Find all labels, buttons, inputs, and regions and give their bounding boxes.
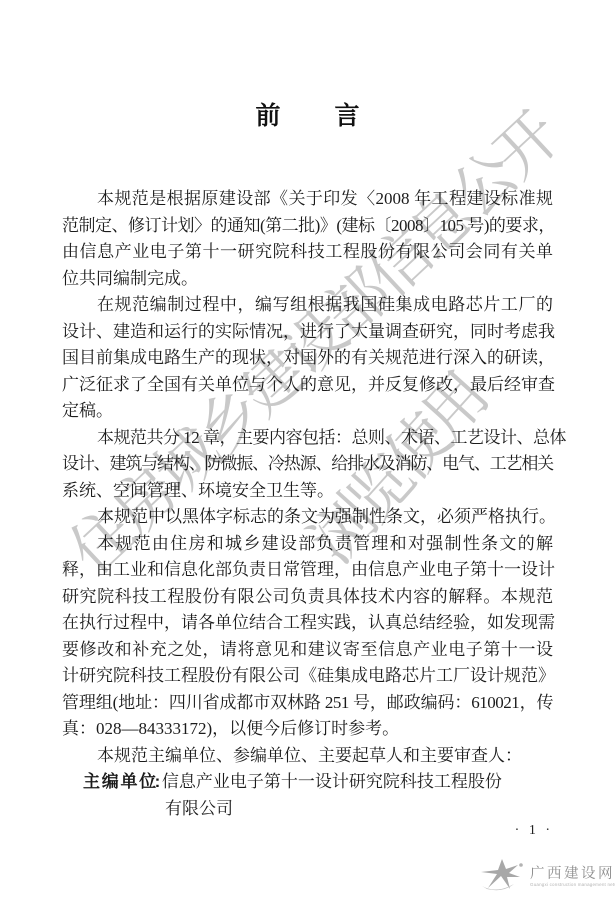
- body-line: 本规范是根据原建设部《关于印发〈2008 年工程建设标准规: [62, 186, 553, 213]
- body-line: 计研究院科技工程股份有限公司《硅集成电路芯片工厂设计规范》: [62, 663, 553, 690]
- body-line: 本规范中以黑体字标志的条文为强制性条文，必须严格执行。: [62, 504, 553, 531]
- footer-logo: 广西建设网 Guangxi construction management ne…: [476, 858, 615, 896]
- body-line: 设计、建筑与结构、防微振、冷热源、给排水及消防、电气、工艺相关: [62, 451, 553, 478]
- body-line: 在执行过程中，请各单位结合工程实践，认真总结经验，如发现需: [62, 610, 553, 637]
- body-line: 广泛征求了全国有关单位与个人的意见，并反复修改，最后经审查: [62, 372, 553, 399]
- document-page: 住房城乡建设部信息公开 浏览使用 前 言 本规范是根据原建设部《关于印发〈200…: [0, 0, 615, 898]
- body-line: 释，由工业和信息化部负责日常管理，由信息产业电子第十一设计: [62, 557, 553, 584]
- body-line: 要修改和补充之处，请将意见和建议寄至信息产业电子第十一设: [62, 637, 553, 664]
- logo-site-name: 广西建设网: [530, 866, 615, 882]
- body-line: 由信息产业电子第十一研究院科技工程股份有限公司会同有关单: [62, 239, 553, 266]
- body-line: 范制定、修订计划〉的通知(第二批)》(建标〔2008〕105 号)的要求，: [62, 213, 553, 240]
- logo-text-block: 广西建设网 Guangxi construction management ne…: [530, 866, 615, 888]
- body-line: 真：028—84333172)，以便今后修订时参考。: [62, 716, 553, 743]
- body-line: 本规范主编单位、参编单位、主要起草人和主要审查人：: [62, 743, 553, 770]
- logo-tagline: Guangxi construction management network …: [530, 882, 615, 888]
- body-line: 本规范共分 12 章，主要内容包括：总则、术语、工艺设计、总体: [62, 425, 553, 452]
- body-line: 系统、空间管理、环境安全卫生等。: [62, 478, 553, 505]
- title-char-2: 言: [335, 101, 360, 131]
- body-line: 在规范编制过程中，编写组根据我国硅集成电路芯片工厂的: [62, 292, 553, 319]
- body-line: 位共同编制完成。: [62, 266, 553, 293]
- body-line: 定稿。: [62, 398, 553, 425]
- body-line: 研究院科技工程股份有限公司负责具体技术内容的解释。本规范: [62, 584, 553, 611]
- logo-star-icon: [476, 858, 528, 897]
- title-char-1: 前: [255, 101, 280, 131]
- body-line: 管理组(地址：四川省成都市双林路 251 号，邮政编码：610021，传: [62, 690, 553, 717]
- preface-body: 本规范是根据原建设部《关于印发〈2008 年工程建设标准规 范制定、修订计划〉的…: [62, 186, 553, 822]
- chief-editor-line: 主 编 单 位:信息产业电子第十一设计研究院科技工程股份: [62, 769, 553, 796]
- body-line: 国目前集成电路生产的现状，对国外的有关规范进行深入的研读，: [62, 345, 553, 372]
- chief-editor-label: 主 编 单 位:: [83, 772, 159, 791]
- body-line: 本规范由住房和城乡建设部负责管理和对强制性条文的解: [62, 531, 553, 558]
- body-line: 设计、建造和运行的实际情况，进行了大量调查研究，同时考虑我: [62, 319, 553, 346]
- chief-editor-value: 信息产业电子第十一设计研究院科技工程股份: [162, 772, 502, 791]
- page-title: 前 言: [0, 101, 615, 131]
- chief-editor-continuation: 有限公司: [62, 796, 553, 823]
- page-number: · 1 ·: [515, 823, 553, 839]
